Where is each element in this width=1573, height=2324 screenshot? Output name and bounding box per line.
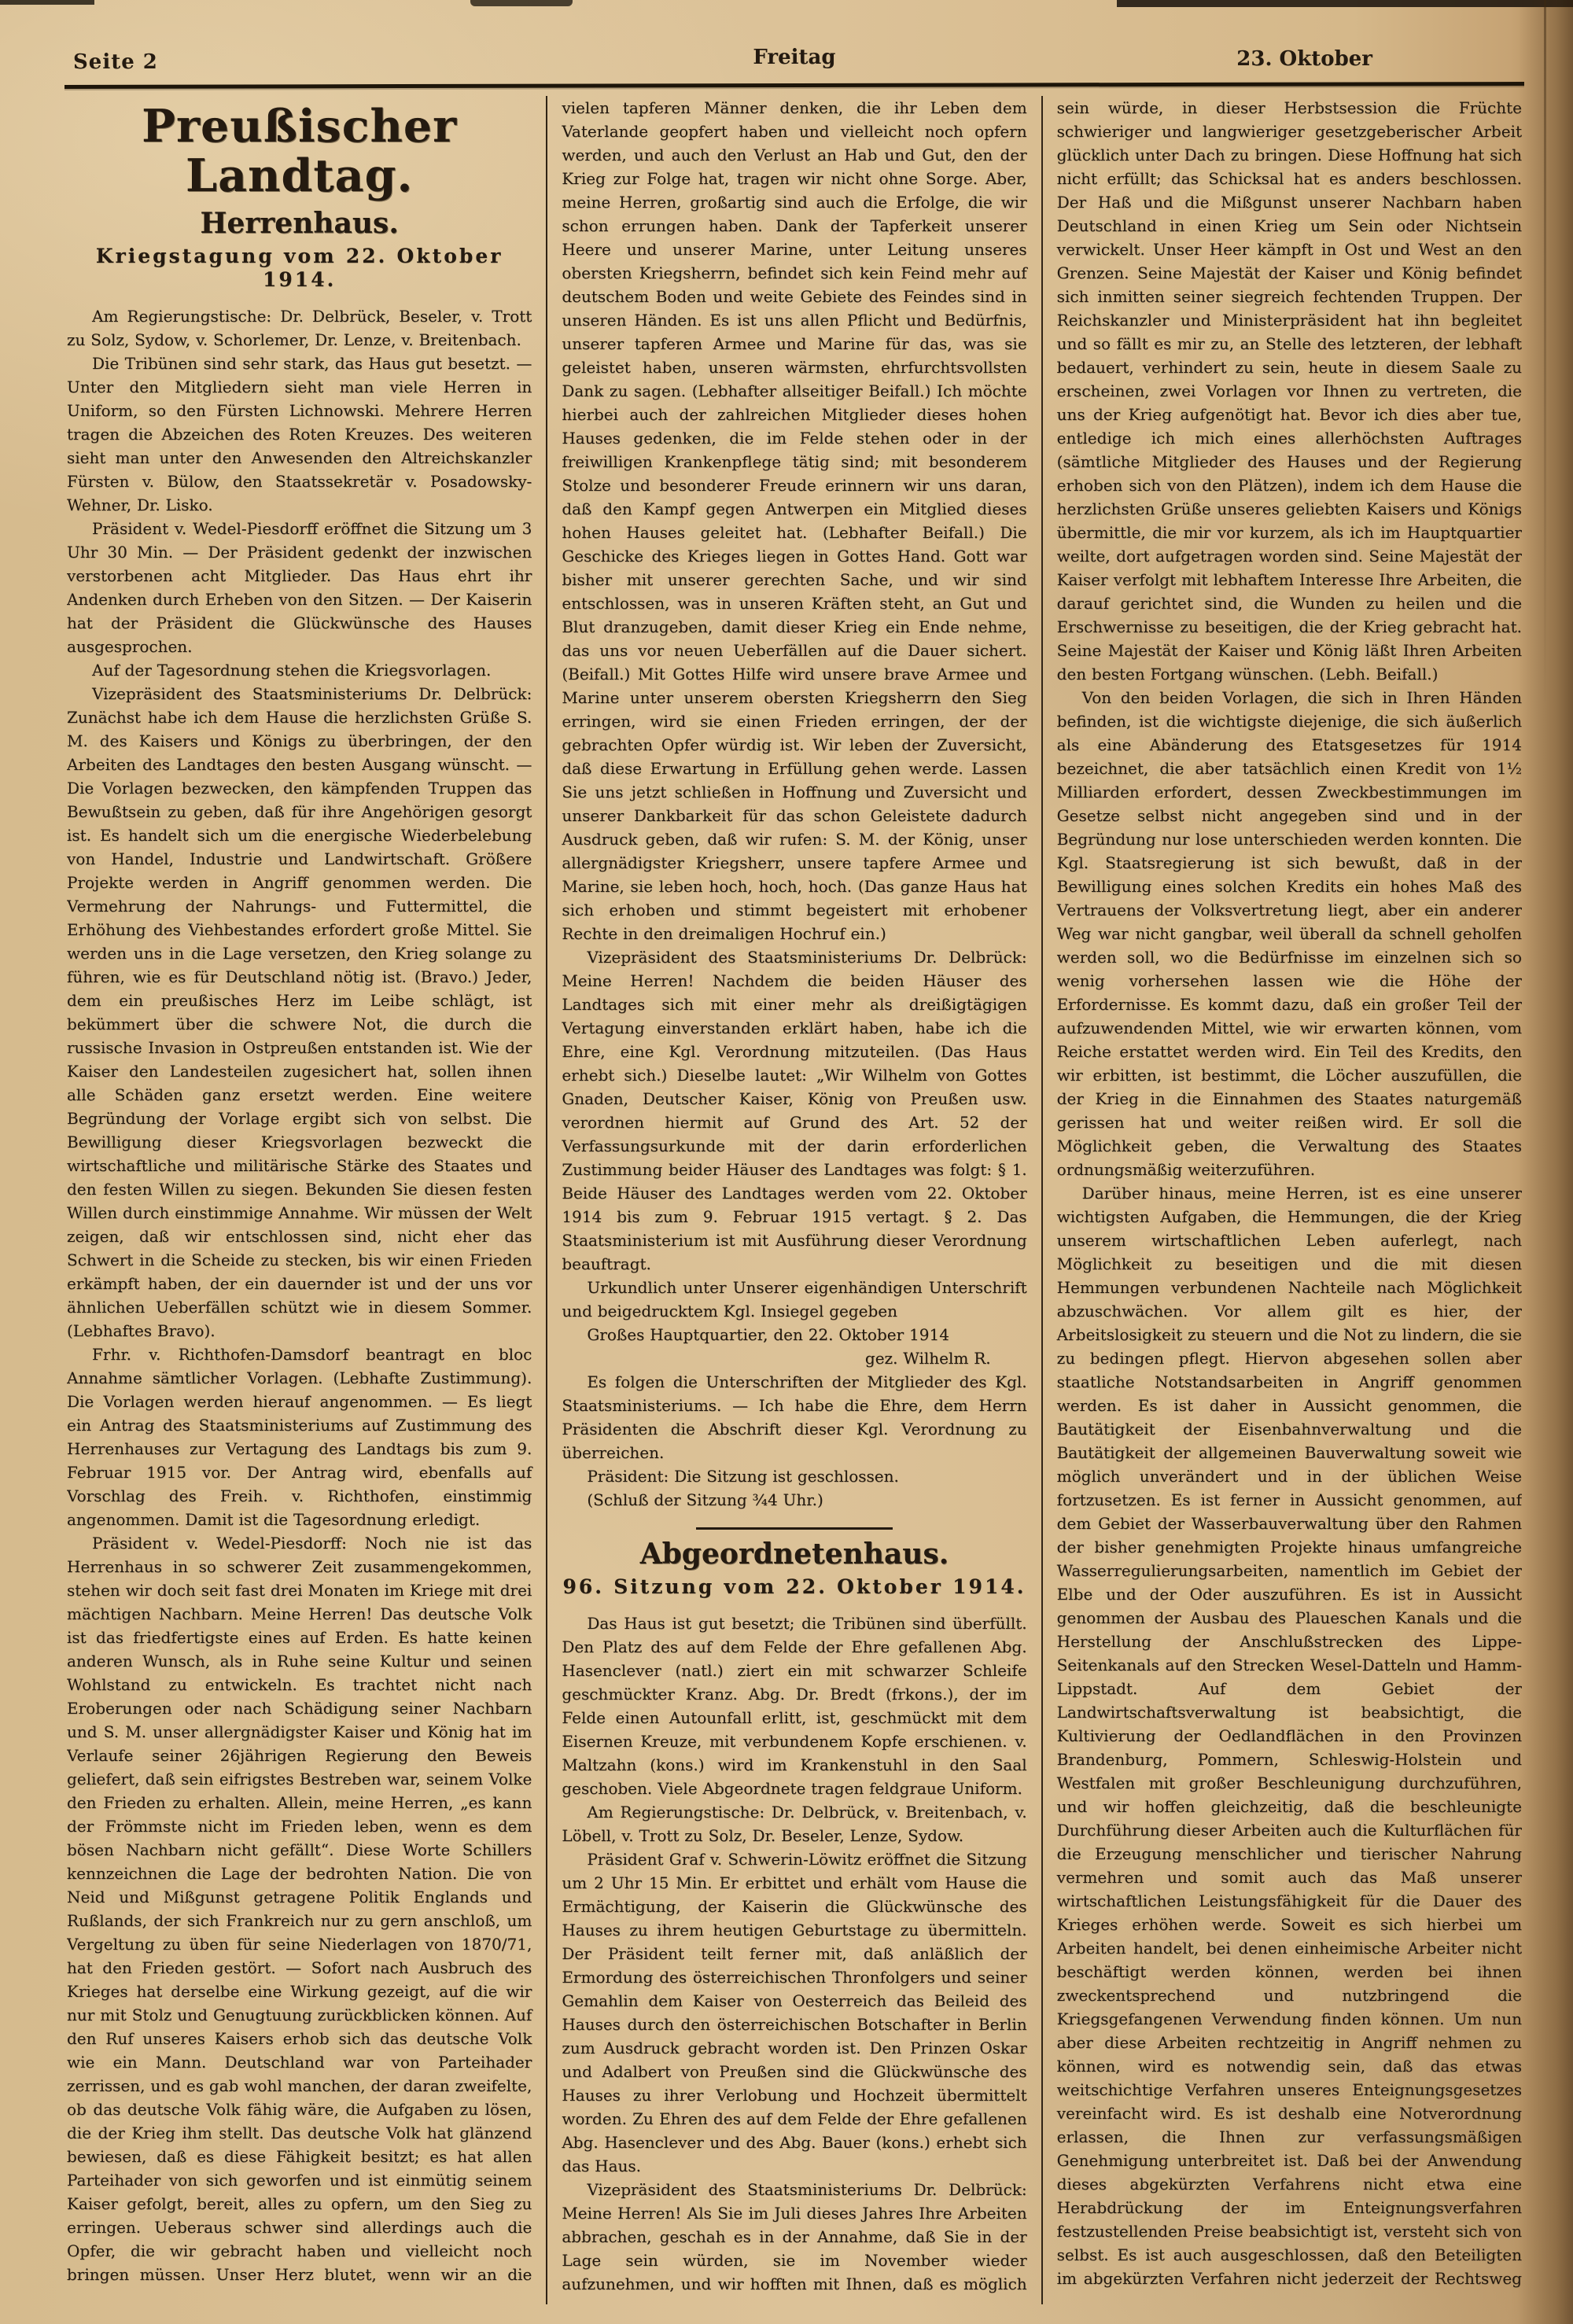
paragraph: Urkundlich unter Unserer eigenhändigen U… — [562, 1276, 1026, 1323]
paragraph: gez. Wilhelm R. — [562, 1346, 1026, 1370]
issue-date: 23. Oktober — [1236, 47, 1372, 71]
article-title: Preußischer Landtag. — [67, 102, 532, 201]
section-heading-herrenhaus: Herrenhaus. — [67, 212, 532, 235]
session-title-abgeordnetenhaus: 96. Sitzung vom 22. Oktober 1914. — [562, 1575, 1026, 1599]
scan-artifact — [1117, 0, 1573, 7]
newspaper-page: Seite 2 Freitag 23. Oktober Preußischer … — [0, 0, 1573, 2324]
session-title-herrenhaus: Kriegstagung vom 22. Oktober 1914. — [67, 245, 532, 292]
paper-crease — [1544, 0, 1546, 708]
paragraph: Vizepräsident des Staatsministeriums Dr.… — [67, 682, 532, 1342]
paragraph: Präsident: Die Sitzung ist geschlossen. — [562, 1464, 1026, 1488]
scan-artifact — [470, 0, 573, 6]
paragraph: Vizepräsident des Staatsministeriums Dr.… — [562, 945, 1026, 1276]
paragraph: Es folgen die Unterschriften der Mitglie… — [562, 1370, 1026, 1464]
day-of-week: Freitag — [753, 46, 835, 69]
section-heading-abgeordnetenhaus: Abgeordnetenhaus. — [562, 1542, 1026, 1566]
paragraph: Großes Hauptquartier, den 22. Oktober 19… — [562, 1323, 1026, 1346]
page-number: Seite 2 — [73, 50, 158, 74]
paragraph: (Schluß der Sitzung ¾4 Uhr.) — [562, 1488, 1026, 1512]
paragraph: Präsident Graf v. Schwerin-Löwitz eröffn… — [562, 1847, 1026, 2178]
article-columns: Preußischer Landtag. Herrenhaus. Kriegst… — [67, 96, 1522, 2304]
section-divider — [696, 1527, 893, 1530]
paragraph: Die Tribünen sind sehr stark, das Haus g… — [67, 352, 532, 517]
paragraph: Von den beiden Vorlagen, die sich in Ihr… — [1057, 686, 1522, 1181]
paragraph: Auf der Tagesordnung stehen die Kriegsvo… — [67, 658, 532, 682]
paragraph: Am Regierungstische: Dr. Delbrück, v. Br… — [562, 1800, 1026, 1847]
running-head: Seite 2 Freitag 23. Oktober — [67, 46, 1522, 77]
scan-artifact — [0, 0, 94, 5]
paragraph: Frhr. v. Richthofen-Damsdorf beantragt e… — [67, 1342, 532, 1531]
paragraph: Präsident v. Wedel-Piesdorff eröffnet di… — [67, 517, 532, 658]
paragraph: Das Haus ist gut besetzt; die Tribünen s… — [562, 1611, 1026, 1800]
paragraph: Am Regierungstische: Dr. Delbrück, Besel… — [67, 304, 532, 352]
header-rule — [64, 82, 1524, 89]
